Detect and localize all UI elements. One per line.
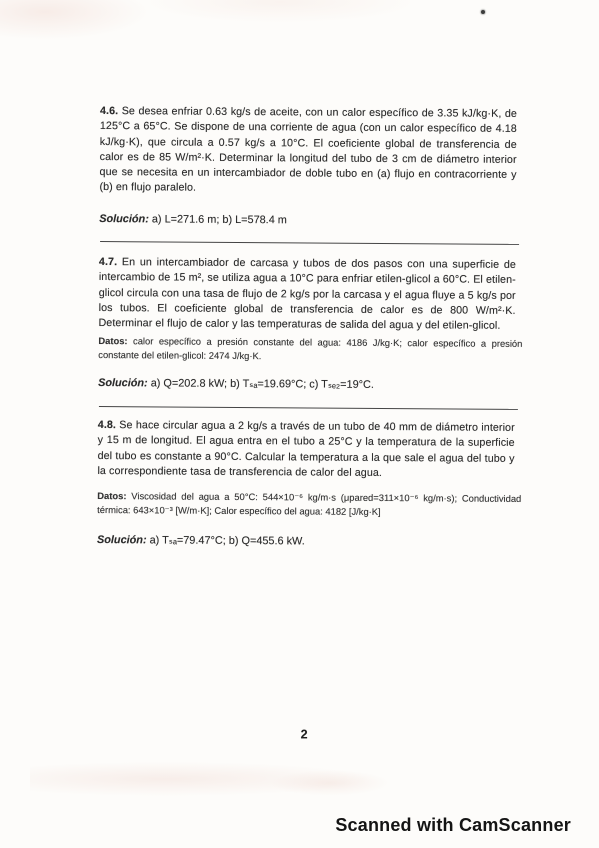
solution-label: Solución: [97,534,147,546]
solution-values: a) Q=202.8 kW; b) Tₛₐ=19.69°C; c) Tₛₑ₂=1… [151,377,374,391]
problem-4-7-number: 4.7. [99,256,117,268]
scanned-document-page: 4.6. Se desea enfriar 0.63 kg/s de aceit… [0,0,599,848]
solution-label: Solución: [99,213,149,225]
section-divider [100,241,519,245]
camscanner-watermark: Scanned with CamScanner [335,815,571,836]
problem-4-8-solution: Solución: a) Tₛₐ=79.47°C; b) Q=455.6 kW. [97,533,527,549]
problem-4-8-text: Se hace circular agua a 2 kg/s a través … [97,419,514,479]
problem-4-6-text: Se desea enfriar 0.63 kg/s de aceite, co… [99,105,517,194]
data-label: Datos: [98,335,127,346]
problem-4-8-statement: 4.8. Se hace circular agua a 2 kg/s a tr… [97,418,514,482]
problem-4-7-text: En un intercambiador de carcasa y tubos … [98,256,516,332]
data-values: calor específico a presión constante del… [98,335,522,361]
problem-4-8-number: 4.8. [98,419,116,431]
scan-content: 4.6. Se desea enfriar 0.63 kg/s de aceit… [0,0,599,848]
problem-4-6-statement: 4.6. Se desea enfriar 0.63 kg/s de aceit… [99,104,517,199]
problem-4-8-data: Datos: Viscosidad del agua a 50°C: 544×1… [97,489,521,520]
problem-4-6-number: 4.6. [100,105,118,117]
data-label: Datos: [97,490,126,501]
page-number: 2 [96,726,513,743]
solution-label: Solución: [98,377,148,389]
section-divider [99,406,518,410]
problem-4-7-statement: 4.7. En un intercambiador de carcasa y t… [98,255,516,334]
solution-values: a) L=271.6 m; b) L=578.4 m [152,213,287,226]
data-values: Viscosidad del agua a 50°C: 544×10⁻⁶ kg/… [97,490,521,517]
problem-4-7-solution: Solución: a) Q=202.8 kW; b) Tₛₐ=19.69°C;… [98,376,528,392]
problem-4-7-data: Datos: calor específico a presión consta… [98,334,522,365]
solution-values: a) Tₛₐ=79.47°C; b) Q=455.6 kW. [150,534,305,547]
problem-4-6-solution: Solución: a) L=271.6 m; b) L=578.4 m [99,213,529,228]
